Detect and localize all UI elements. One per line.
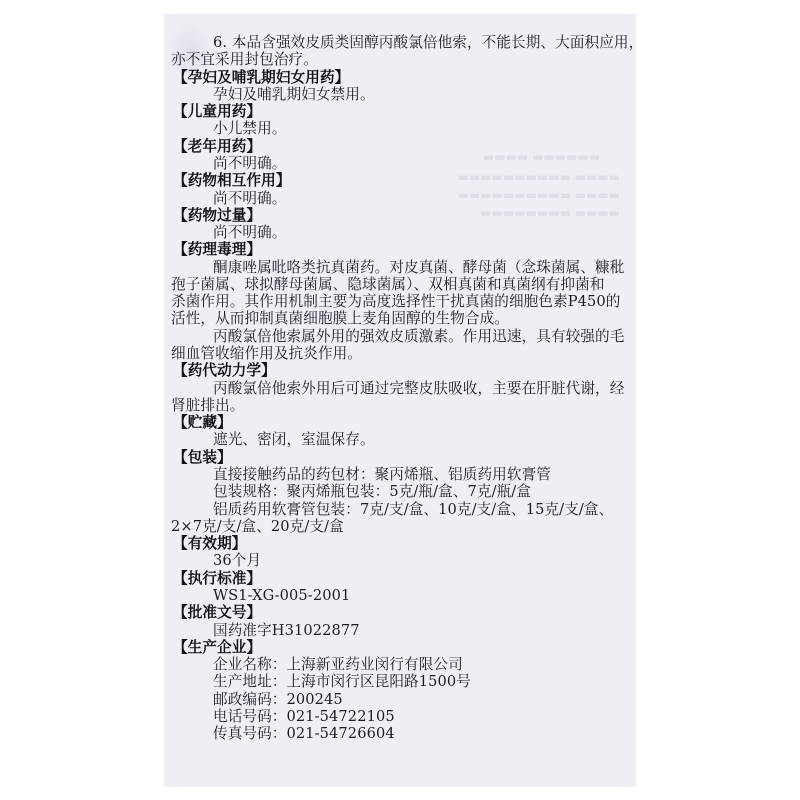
doc-line: 丙酸氯倍他索属外用的强效皮质激素。作用迅速，具有较强的毛 (213, 328, 624, 345)
section-header: 【批准文号】 (173, 604, 261, 621)
doc-line: 遮光、密闭，室温保存。 (213, 431, 375, 448)
doc-line: 包装规格：聚丙烯瓶包装：5克/瓶/盒、7克/瓶/盒 (213, 483, 531, 500)
doc-line: 邮政编码：200245 (213, 691, 343, 708)
section-header: 【药代动力学】 (173, 362, 276, 379)
section-header: 【孕妇及哺乳期妇女用药】 (173, 69, 349, 86)
doc-line: WS1-XG-005-2001 (213, 587, 350, 604)
doc-line: 直接接触药品的药包材：聚丙烯瓶、铝质药用软膏管 (213, 466, 551, 483)
doc-line: 细血管收缩作用及抗炎作用。 (171, 345, 362, 362)
section-header: 【生产企业】 (173, 639, 261, 656)
section-header: 【药物相互作用】 (173, 172, 291, 189)
doc-line: 2×7克/支/盒、20克/支/盒 (171, 518, 344, 535)
doc-line: 尚不明确。 (213, 155, 286, 172)
doc-line: 6. 本品含强效皮质类固醇丙酸氯倍他索，不能长期、大面积应用， (213, 34, 643, 51)
show-through-texture: ▬▬▬▬ ▬▬▬▬▬▬▬▬▬▬ (457, 188, 620, 202)
section-header: 【药理毒理】 (173, 241, 261, 258)
section-header: 【老年用药】 (173, 138, 261, 155)
doc-line: 36个月 (213, 552, 261, 569)
section-header: 【儿童用药】 (173, 103, 261, 120)
doc-line: 丙酸氯倍他索外用后可通过完整皮肤吸收，主要在肝脏代谢，经 (213, 380, 624, 397)
show-through-texture: ▬▬▬▬▬▬ ▬▬▬▬ (483, 150, 600, 164)
doc-line: 杀菌作用。其作用机制主要为高度选择性干扰真菌的细胞色素P450的 (171, 293, 621, 310)
doc-line: 酮康唑属吡咯类抗真菌药。对皮真菌、酵母菌（念珠菌属、糠秕 (213, 259, 624, 276)
section-header: 【执行标准】 (173, 570, 261, 587)
doc-line: 亦不宜采用封包治疗。 (171, 51, 318, 68)
doc-line: 小儿禁用。 (213, 120, 286, 137)
section-header: 【药物过量】 (173, 207, 261, 224)
doc-line: 孕妇及哺乳期妇女禁用。 (213, 86, 375, 103)
doc-line: 国药准字H31022877 (213, 622, 360, 639)
section-header: 【有效期】 (173, 535, 246, 552)
section-header: 【贮藏】 (173, 414, 232, 431)
doc-line: 铝质药用软膏管包装：7克/支/盒、10克/支/盒、15克/支/盒、 (213, 501, 613, 518)
doc-line: 生产地址：上海市闵行区昆阳路1500号 (213, 673, 471, 690)
doc-line: 孢子菌属、球拟酵母菌属、隐球菌属）、双相真菌和真菌纲有抑菌和 (171, 276, 605, 293)
doc-line: 企业名称：上海新亚药业闵行有限公司 (213, 656, 463, 673)
doc-line: 传真号码：021-54726604 (213, 725, 395, 742)
doc-line: 活性，从而抑制真菌细胞膜上麦角固醇的生物合成。 (171, 310, 509, 327)
doc-line: 肾脏排出。 (171, 397, 244, 414)
section-header: 【包装】 (173, 449, 232, 466)
doc-line: 尚不明确。 (213, 224, 286, 241)
show-through-texture: ▬▬▬▬ ▬▬▬▬▬▬▬▬ (480, 206, 620, 220)
doc-line: 尚不明确。 (213, 190, 286, 207)
show-through-texture: ▬▬▬▬ ▬▬▬▬▬▬▬▬▬▬ (457, 170, 620, 184)
doc-line: 电话号码：021-54722105 (213, 708, 395, 725)
